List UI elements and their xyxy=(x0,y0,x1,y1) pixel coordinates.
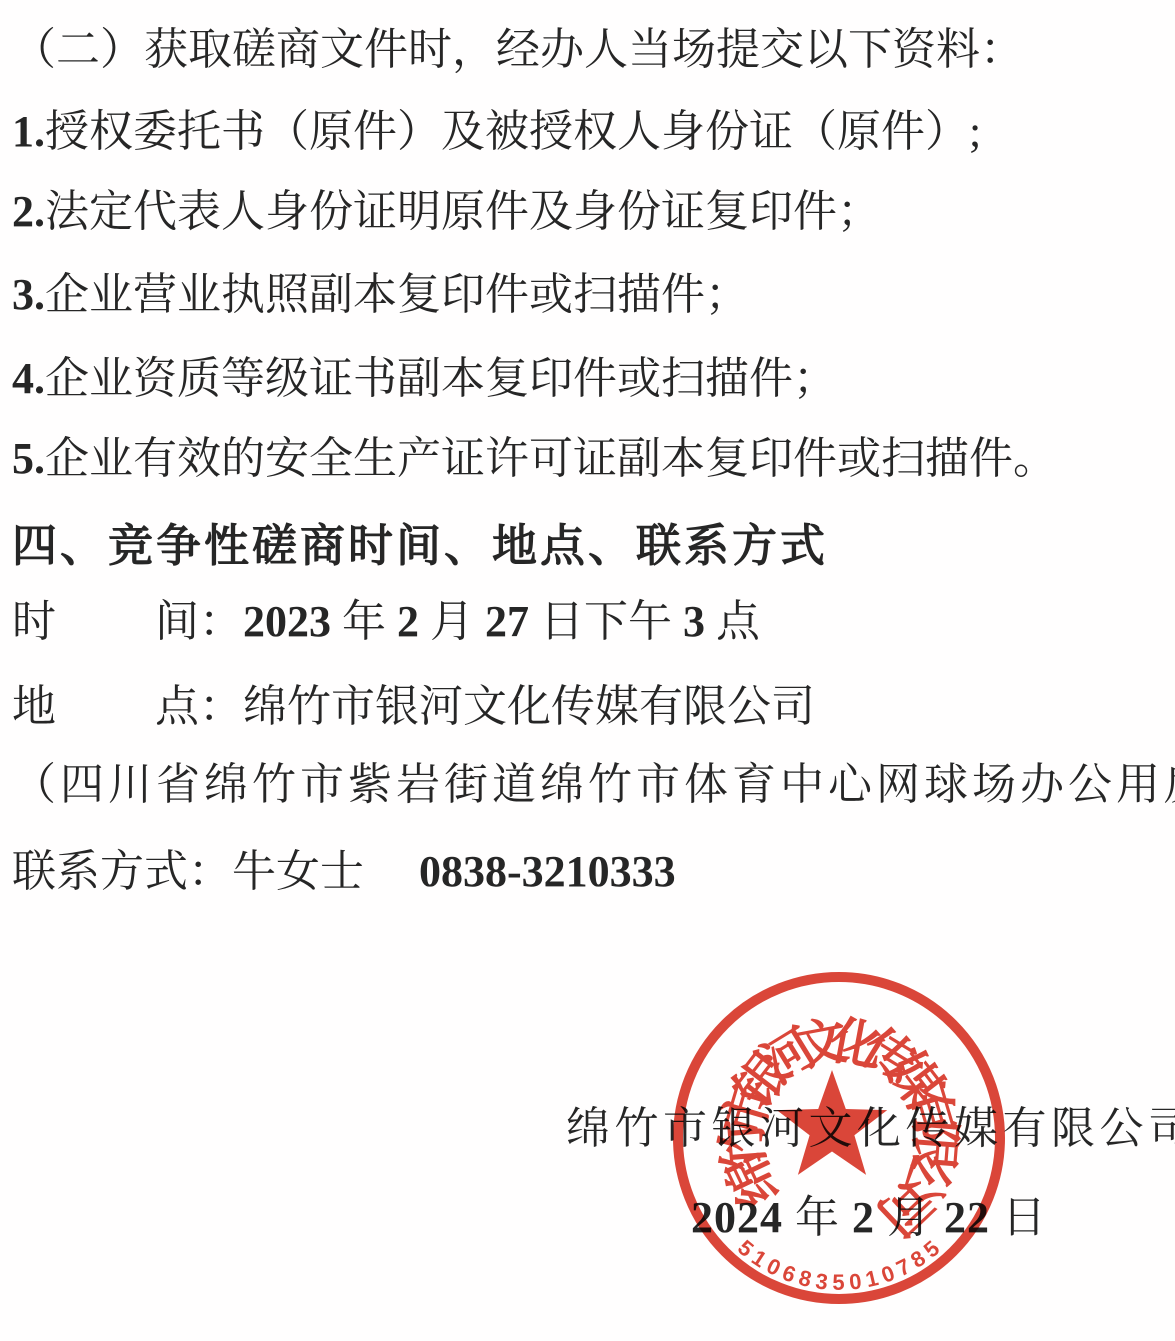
list-item-2: 2.法定代表人身份证明原件及身份证复印件； xyxy=(12,188,881,236)
list-item-3: 3.企业营业执照副本复印件或扫描件； xyxy=(12,271,749,319)
time-line: 时 间：2023 年 2 月 27 日下午 3 点 xyxy=(12,598,760,646)
company-seal-stamp: 绵竹市银河文化传媒有限公司 5106835010785 xyxy=(649,948,1029,1328)
svg-text:3: 3 xyxy=(814,1268,830,1294)
address-line: （四川省绵竹市紫岩街道绵竹市体育中心网球场办公用房） xyxy=(12,761,1175,809)
list-item-4: 4.企业资质等级证书副本复印件或扫描件； xyxy=(12,355,837,403)
section-heading: 四、竞争性磋商时间、地点、联系方式 xyxy=(12,521,828,571)
location-line: 地 点：绵竹市银河文化传媒有限公司 xyxy=(12,683,815,731)
list-item-5: 5.企业有效的安全生产证许可证副本复印件或扫描件。 xyxy=(12,435,1057,483)
svg-text:8: 8 xyxy=(796,1265,815,1292)
contact-line: 联系方式：牛女士 0838-3210333 xyxy=(12,848,676,896)
paragraph-intro: （二）获取磋商文件时，经办人当场提交以下资料： xyxy=(12,26,1024,74)
document-page: （二）获取磋商文件时，经办人当场提交以下资料： 1.授权委托书（原件）及被授权人… xyxy=(0,0,1175,1341)
seal-graphics: 绵竹市银河文化传媒有限公司 5106835010785 xyxy=(678,977,1000,1299)
svg-text:0: 0 xyxy=(848,1268,864,1294)
svg-text:5: 5 xyxy=(832,1270,845,1295)
list-item-1: 1.授权委托书（原件）及被授权人身份证（原件）; xyxy=(12,108,981,156)
